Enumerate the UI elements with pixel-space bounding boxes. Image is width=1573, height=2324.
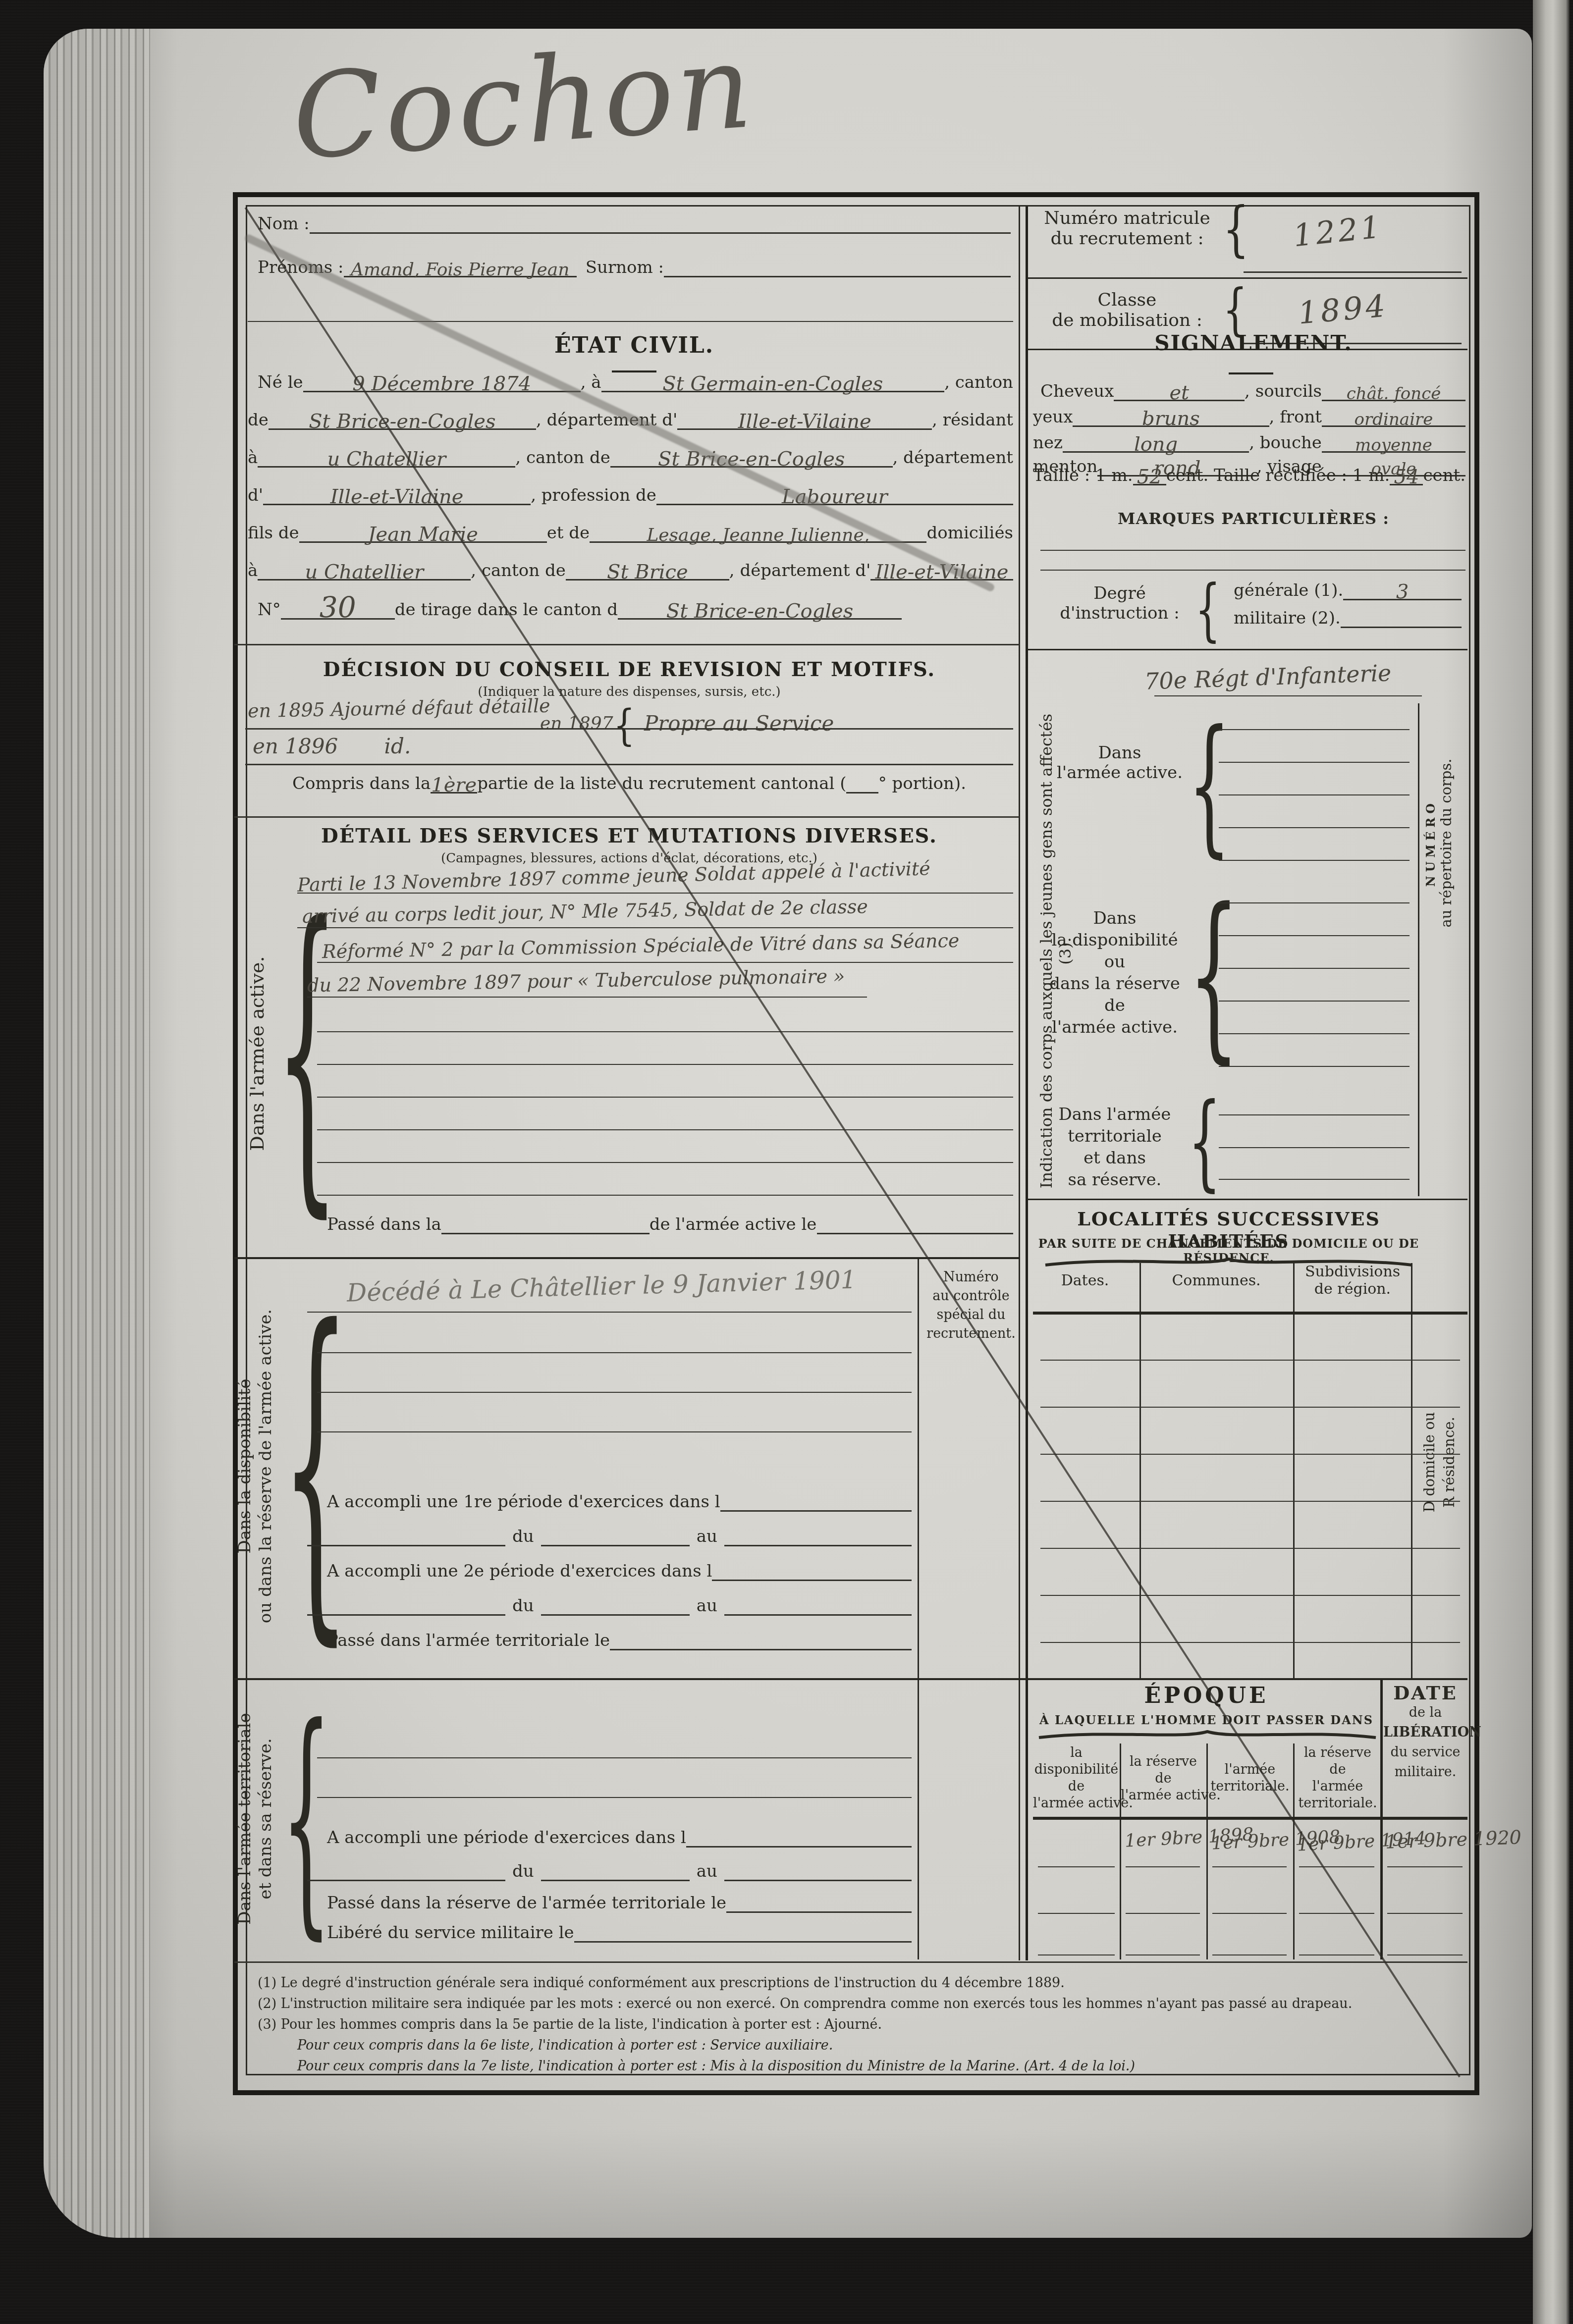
ec-row4: d' Ille-et-Vilaine , profession de Labou… bbox=[248, 485, 1013, 505]
taille2-line: 54 bbox=[1390, 466, 1423, 485]
epoque-row-line bbox=[1126, 1954, 1200, 1955]
duau1-line2 bbox=[541, 1541, 690, 1546]
section-divider-heavy bbox=[234, 1257, 1020, 1259]
section-divider bbox=[234, 644, 1020, 645]
front-label: , front bbox=[1269, 407, 1322, 427]
nez-label: nez bbox=[1033, 433, 1063, 453]
matricule-line bbox=[1244, 271, 1462, 273]
ec-l1v1: 9 Décembre 1874 bbox=[352, 375, 531, 393]
localites-row-line bbox=[1040, 1548, 1460, 1549]
ec-l2-line2: Ille-et-Vilaine bbox=[677, 411, 932, 430]
epoque-row-line bbox=[1299, 1954, 1374, 1955]
sig-row-yeux: yeux bruns , front ordinaire bbox=[1033, 407, 1465, 427]
compris-line1: 1ère bbox=[431, 774, 477, 793]
decision-rule1 bbox=[245, 728, 1013, 730]
signalement-title: SIGNALEMENT. bbox=[1090, 331, 1417, 355]
sig-row-nez: nez long , bouche moyenne bbox=[1033, 433, 1465, 453]
corps-line bbox=[1219, 860, 1410, 861]
localites-vline bbox=[1411, 1263, 1412, 1678]
militaire-line bbox=[1341, 623, 1462, 628]
compris-row: Compris dans la 1ère partie de la liste … bbox=[292, 774, 966, 793]
epoque-row-line bbox=[1038, 1913, 1115, 1914]
nez-line: long bbox=[1063, 433, 1249, 453]
du-label: du bbox=[512, 1596, 534, 1616]
ec-l1a: Né le bbox=[258, 372, 303, 392]
libere-label: Libéré du service militaire le bbox=[327, 1923, 574, 1943]
ec-l6-line1: u Chatellier bbox=[258, 561, 471, 581]
blank-line bbox=[317, 1129, 1013, 1130]
duau1-line3 bbox=[724, 1541, 912, 1546]
repertoire-divider bbox=[1418, 703, 1419, 1196]
column-divider bbox=[1026, 207, 1028, 1960]
localites-col2-header: Communes. bbox=[1144, 1272, 1288, 1289]
front-line: ordinaire bbox=[1322, 410, 1465, 427]
ec-l2-line1: St Brice-en-Cogles bbox=[269, 411, 536, 430]
generale-label: générale (1). bbox=[1234, 581, 1343, 600]
taille2-unit: cent. bbox=[1423, 466, 1465, 485]
compris-b: partie de la liste du recrutement canton… bbox=[477, 774, 846, 793]
epoque-row-line bbox=[1387, 1954, 1463, 1955]
blank-line bbox=[317, 1392, 912, 1393]
ec-l5b: et de bbox=[547, 523, 590, 543]
localites-row-line bbox=[1040, 1642, 1460, 1643]
periode1-row: A accompli une 1re période d'exercices d… bbox=[327, 1492, 912, 1512]
localites-row-line bbox=[1040, 1407, 1460, 1408]
title-rule bbox=[1229, 372, 1273, 374]
tirage-row: N° 30 de tirage dans le canton d St Bric… bbox=[258, 592, 902, 620]
blank-line bbox=[317, 1195, 1013, 1196]
localites-col4-header: D domicile ou R résidence. bbox=[1419, 1356, 1459, 1569]
periode2-label: A accompli une 2e période d'exercices da… bbox=[327, 1561, 712, 1581]
passe-a: Passé dans la bbox=[327, 1215, 441, 1234]
periode1-line bbox=[720, 1506, 912, 1512]
taille2-label: cent. Taille rectifiée : 1 m. bbox=[1166, 466, 1390, 485]
prenoms-line: Amand, Fois Pierre Jean bbox=[344, 260, 577, 277]
militaire-row: militaire (2). bbox=[1234, 608, 1462, 628]
epoque-vline bbox=[1120, 1743, 1121, 1959]
ec-row3: à u Chatellier , canton de St Brice-en-C… bbox=[248, 448, 1013, 468]
corps-grp3-label: Dans l'armée territoriale et dans sa rés… bbox=[1045, 1104, 1184, 1191]
marques-label: MARQUES PARTICULIÈRES : bbox=[1090, 509, 1417, 528]
localites-row-line bbox=[1040, 1454, 1460, 1455]
epoque-col1-header: ladisponibilité del'armée active. bbox=[1033, 1744, 1120, 1812]
decision-line1c: Propre au Service bbox=[644, 711, 834, 736]
column-divider-thin bbox=[1019, 207, 1020, 1960]
epoque-row-line bbox=[1038, 1866, 1115, 1867]
ec-l2a: de bbox=[248, 410, 269, 430]
epoque-subtitle: À LAQUELLE L'HOMME DOIT PASSER DANS bbox=[1033, 1713, 1380, 1727]
ec-l3-line1: u Chatellier bbox=[258, 448, 515, 468]
duau2-line1 bbox=[307, 1610, 505, 1616]
au-label: au bbox=[697, 1527, 717, 1546]
tirage-canton: St Brice-en-Cogles bbox=[666, 602, 853, 620]
ec-l1b: , à bbox=[581, 372, 601, 392]
localites-row-line bbox=[1040, 1360, 1460, 1361]
epoque-vline bbox=[1293, 1743, 1295, 1959]
decision-title: DÉCISION DU CONSEIL DE REVISION ET MOTIF… bbox=[258, 658, 1001, 681]
bouche-value: moyenne bbox=[1355, 438, 1432, 453]
ec-l4v1: Ille-et-Vilaine bbox=[330, 488, 464, 506]
epoque-row-line bbox=[1212, 1913, 1287, 1914]
bouche-label: , bouche bbox=[1249, 433, 1322, 453]
periode1-label: A accompli une 1re période d'exercices d… bbox=[327, 1492, 720, 1512]
ec-l6v2: St Brice bbox=[607, 563, 688, 581]
tirage-no: N° bbox=[258, 600, 281, 620]
epoque-row-line bbox=[1212, 1954, 1287, 1955]
footnote-3: (3) Pour les hommes compris dans la 5e p… bbox=[258, 2017, 1462, 2032]
services-title: DÉTAIL DES SERVICES ET MUTATIONS DIVERSE… bbox=[258, 824, 1001, 847]
sourcils-line: chât. foncé bbox=[1322, 384, 1465, 401]
sourcils-label: , sourcils bbox=[1245, 381, 1322, 401]
brace-icon: { bbox=[1188, 703, 1231, 867]
epoque-row-line bbox=[1126, 1913, 1200, 1914]
militaire-label: militaire (2). bbox=[1234, 608, 1341, 628]
passe-res-label: Passé dans la réserve de l'armée territo… bbox=[327, 1893, 726, 1913]
surnom-label: Surnom : bbox=[586, 258, 664, 277]
ec-l3c: , département bbox=[893, 448, 1014, 468]
repertoire-label: NUMÉRO au répertoire du corps. bbox=[1423, 714, 1462, 972]
ec-l5-line1: Jean Marie bbox=[299, 524, 547, 543]
duau1-line1 bbox=[307, 1541, 505, 1546]
terr-side-label: Dans l'armée territoriale et dans sa rés… bbox=[234, 1670, 276, 1967]
passe-line2 bbox=[817, 1229, 1014, 1234]
front-value: ordinaire bbox=[1355, 412, 1433, 427]
sig-row-cheveux: Cheveux et , sourcils chât. foncé bbox=[1040, 381, 1465, 401]
brace-icon: { bbox=[281, 1683, 331, 1953]
blank-line bbox=[317, 1431, 912, 1432]
corps-line bbox=[1219, 935, 1410, 936]
brace-icon: { bbox=[1195, 574, 1221, 647]
passe-b: de l'armée active le bbox=[650, 1215, 817, 1234]
corps-line bbox=[1219, 1114, 1410, 1115]
footnote-2: (2) L'instruction militaire sera indiqué… bbox=[258, 1996, 1462, 2011]
terr-periode-label: A accompli une période d'exercices dans … bbox=[327, 1828, 686, 1848]
services-rule3 bbox=[317, 962, 1013, 963]
ec-l4-line2: Laboureur bbox=[656, 486, 1013, 505]
passe-res-row: Passé dans la réserve de l'armée territo… bbox=[327, 1893, 912, 1913]
cheveux-label: Cheveux bbox=[1040, 381, 1114, 401]
corps-line bbox=[1219, 1001, 1410, 1002]
services-rule1 bbox=[297, 893, 1013, 894]
tirage-line2: St Brice-en-Cogles bbox=[618, 600, 902, 620]
ec-l5c: domiciliés bbox=[926, 523, 1013, 543]
yeux-label: yeux bbox=[1033, 407, 1073, 427]
blank-line bbox=[317, 1797, 912, 1798]
corps-line bbox=[1219, 827, 1410, 828]
ec-l4b: , profession de bbox=[531, 485, 656, 505]
yeux-line: bruns bbox=[1073, 408, 1269, 427]
terr-periode-line bbox=[686, 1842, 912, 1848]
footnote-4: Pour ceux compris dans la 6e liste, l'in… bbox=[297, 2038, 1462, 2053]
ec-l3a: à bbox=[248, 448, 258, 468]
sourcils-value: chât. foncé bbox=[1347, 386, 1441, 402]
epoque-row-line bbox=[1299, 1913, 1374, 1914]
blank-line bbox=[317, 1064, 1013, 1065]
epoque-row-line bbox=[1126, 1866, 1200, 1867]
corps-line bbox=[1219, 729, 1410, 730]
blank-line bbox=[317, 1097, 1013, 1098]
passe-res-line bbox=[726, 1907, 912, 1913]
compris-a: Compris dans la bbox=[292, 774, 431, 793]
ec-l2c: , résidant bbox=[932, 410, 1013, 430]
libere-line bbox=[574, 1937, 912, 1943]
libere-row: Libéré du service militaire le bbox=[327, 1923, 912, 1943]
degre-label: Degré d'instruction : bbox=[1050, 583, 1189, 623]
ec-l3v1: u Chatellier bbox=[327, 450, 446, 468]
duau2-line2 bbox=[541, 1610, 690, 1616]
brace-icon: { bbox=[1188, 876, 1240, 1074]
corps-underline bbox=[1154, 695, 1422, 696]
generale-value: 3 bbox=[1396, 583, 1409, 601]
au-label: au bbox=[697, 1861, 717, 1881]
blank-line bbox=[317, 1352, 912, 1353]
bouche-line: moyenne bbox=[1322, 436, 1465, 453]
ec-l3b: , canton de bbox=[515, 448, 610, 468]
blank-line bbox=[1040, 570, 1465, 571]
generale-line: 3 bbox=[1343, 581, 1462, 600]
swash-rule bbox=[1036, 1728, 1378, 1742]
terr-duau-line2 bbox=[541, 1876, 690, 1881]
duau2-row: du au bbox=[307, 1596, 912, 1616]
epoque-col4-header: la réservede l'arméeterritoriale. bbox=[1294, 1744, 1381, 1812]
blank-line bbox=[317, 1757, 912, 1758]
epoque-row-line bbox=[1299, 1866, 1374, 1867]
ec-l1c: , canton bbox=[944, 372, 1013, 392]
localites-row-line bbox=[1040, 1595, 1460, 1596]
epoque-date-divider bbox=[1380, 1680, 1383, 1959]
blank-line bbox=[248, 321, 1013, 322]
sig-row-taille: Taille : 1 m. 52 cent. Taille rectifiée … bbox=[1033, 466, 1465, 485]
ec-l1v2: St Germain-en-Cogles bbox=[662, 375, 883, 393]
prenoms-row: Prénoms : Amand, Fois Pierre Jean Surnom… bbox=[258, 258, 1011, 277]
corps-line bbox=[1219, 762, 1410, 763]
epoque-vline bbox=[1206, 1743, 1208, 1959]
tirage-line1: 30 bbox=[281, 592, 395, 620]
ec-l2v1: St Brice-en-Cogles bbox=[309, 413, 495, 430]
epoque-col2-header: la réservede l'armée active. bbox=[1121, 1753, 1206, 1804]
ec-l5a: fils de bbox=[248, 523, 299, 543]
ec-l4a: d' bbox=[248, 485, 263, 505]
epoque-row-line bbox=[1212, 1866, 1287, 1867]
decision-rule2 bbox=[245, 764, 1013, 765]
next-page-edge bbox=[1533, 0, 1570, 2324]
periode2-line bbox=[712, 1576, 912, 1581]
localites-vline bbox=[1139, 1263, 1141, 1678]
generale-row: générale (1). 3 bbox=[1234, 581, 1462, 600]
taille-value: 52 bbox=[1137, 468, 1162, 486]
ec-l6v1: u Chatellier bbox=[305, 563, 424, 581]
cheveux-line: et bbox=[1114, 382, 1245, 401]
taille-line: 52 bbox=[1133, 466, 1166, 485]
corps-grp2-label: Dans la disponibilité ou dans la réserve… bbox=[1045, 907, 1184, 1038]
au-label: au bbox=[697, 1596, 717, 1616]
blank-line bbox=[317, 1162, 1013, 1163]
corps-line bbox=[1219, 1179, 1410, 1180]
compris-line2 bbox=[846, 788, 878, 793]
dispo-side-label: Dans la disponibilité ou dans la réserve… bbox=[234, 1268, 276, 1664]
localites-col1-header: Dates. bbox=[1035, 1272, 1135, 1289]
du-label: du bbox=[512, 1527, 534, 1546]
compris-c: ° portion). bbox=[878, 774, 966, 793]
brace-icon: { bbox=[613, 702, 635, 749]
blank-line bbox=[317, 1031, 1013, 1032]
corps-line bbox=[1219, 1066, 1410, 1067]
yeux-value: bruns bbox=[1142, 410, 1200, 427]
ec-l3-line2: St Brice-en-Cogles bbox=[610, 448, 893, 468]
services-rule2 bbox=[297, 927, 1013, 928]
corps-line bbox=[1219, 1033, 1410, 1034]
matricule-label: Numéro matricule du recrutement : bbox=[1035, 208, 1219, 249]
blank-line bbox=[1040, 550, 1465, 551]
passe-terr-label: Passé dans l'armée territoriale le bbox=[327, 1631, 610, 1650]
duau1-row: du au bbox=[307, 1527, 912, 1546]
localites-vline bbox=[1293, 1263, 1295, 1678]
footnote-5: Pour ceux compris dans la 7e liste, l'in… bbox=[297, 2059, 1462, 2074]
section-divider bbox=[234, 816, 1020, 818]
footnotes-top-rule bbox=[234, 1961, 1467, 1963]
armee-active-side-label: Dans l'armée active. bbox=[246, 880, 269, 1227]
epoque-row-line bbox=[1387, 1866, 1463, 1867]
section-divider bbox=[1027, 649, 1467, 650]
corps-line bbox=[1219, 902, 1410, 903]
ec-l5v2: Lesage, Jeanne Julienne, bbox=[647, 528, 869, 543]
passe-terr-row: Passé dans l'armée territoriale le bbox=[327, 1631, 912, 1650]
controle-label: Numéro au contrôle spécial du recrutemen… bbox=[922, 1268, 1021, 1343]
ec-l3v2: St Brice-en-Cogles bbox=[658, 450, 845, 468]
footnote-1: (1) Le degré d'instruction générale sera… bbox=[258, 1975, 1462, 1991]
localites-top-divider bbox=[1027, 1199, 1467, 1200]
terr-duau-row: du au bbox=[307, 1861, 912, 1881]
passe-terr-line bbox=[610, 1645, 912, 1650]
brace-icon: { bbox=[1223, 197, 1249, 262]
deces-underline bbox=[307, 1312, 912, 1313]
ec-l4-line1: Ille-et-Vilaine bbox=[263, 486, 531, 505]
periode2-row: A accompli une 2e période d'exercices da… bbox=[327, 1561, 912, 1581]
ec-l6a: à bbox=[248, 561, 258, 581]
compris-value: 1ère bbox=[431, 776, 477, 794]
ec-row1: Né le 9 Décembre 1874 , à St Germain-en-… bbox=[258, 372, 1013, 392]
taille-label: Taille : 1 m. bbox=[1033, 466, 1133, 485]
cheveux-value: et bbox=[1169, 384, 1189, 402]
passe-line1 bbox=[441, 1229, 650, 1234]
epoque-col5-header: DATE de la LIBÉRATION du service militai… bbox=[1383, 1683, 1467, 1782]
corps-line bbox=[1219, 794, 1410, 795]
register-photo: Cochon Nom : Prénoms : Amand, Fois Pierr… bbox=[0, 0, 1573, 2324]
du-label: du bbox=[512, 1861, 534, 1881]
brace-icon: { bbox=[1188, 1085, 1221, 1199]
decision-line2: en 1896 id. bbox=[253, 734, 411, 758]
controle-divider bbox=[918, 1259, 919, 1959]
corps-line bbox=[1219, 968, 1410, 969]
epoque-col3-header: l'arméeterritoriale. bbox=[1207, 1761, 1293, 1795]
corps-line bbox=[1219, 1147, 1410, 1148]
surnom-line bbox=[664, 272, 1011, 277]
nom-line bbox=[310, 228, 1011, 234]
duau2-line3 bbox=[724, 1610, 912, 1616]
localites-row-line bbox=[1040, 1501, 1460, 1502]
services-rule4 bbox=[307, 997, 867, 998]
nez-value: long bbox=[1134, 435, 1178, 453]
ec-row6: à u Chatellier , canton de St Brice , dé… bbox=[248, 561, 1013, 581]
epoque-row-line bbox=[1387, 1913, 1463, 1914]
localites-header-rule bbox=[1033, 1312, 1467, 1315]
ec-l2v2: Ille-et-Vilaine bbox=[738, 413, 871, 430]
nom-row: Nom : bbox=[258, 214, 1011, 234]
section-divider-heavy bbox=[234, 1678, 1467, 1680]
prenoms-value: Amand, Fois Pierre Jean bbox=[351, 262, 569, 278]
classe-label: Classe de mobilisation : bbox=[1035, 290, 1219, 330]
terr-duau-line1 bbox=[307, 1876, 505, 1881]
nom-label: Nom : bbox=[258, 214, 310, 234]
localites-col3-header: Subdivisions de région. bbox=[1298, 1263, 1407, 1298]
terr-periode-row: A accompli une période d'exercices dans … bbox=[327, 1828, 912, 1848]
corps-grp1-label: Dans l'armée active. bbox=[1055, 743, 1184, 783]
ec-l6c: , département d' bbox=[729, 561, 870, 581]
ec-l6-line2: St Brice bbox=[566, 561, 729, 581]
terr-duau-line3 bbox=[724, 1876, 912, 1881]
book-spine-page-edges bbox=[44, 29, 150, 2238]
decision-subtitle: (Indiquer la nature des dispenses, sursi… bbox=[258, 685, 1001, 699]
ec-l1-line2: St Germain-en-Cogles bbox=[601, 373, 945, 392]
epoque-row-line bbox=[1038, 1954, 1115, 1955]
taille2-value: 54 bbox=[1394, 468, 1419, 486]
tirage-value: 30 bbox=[320, 594, 356, 620]
epoque-header-rule bbox=[1033, 1817, 1467, 1820]
